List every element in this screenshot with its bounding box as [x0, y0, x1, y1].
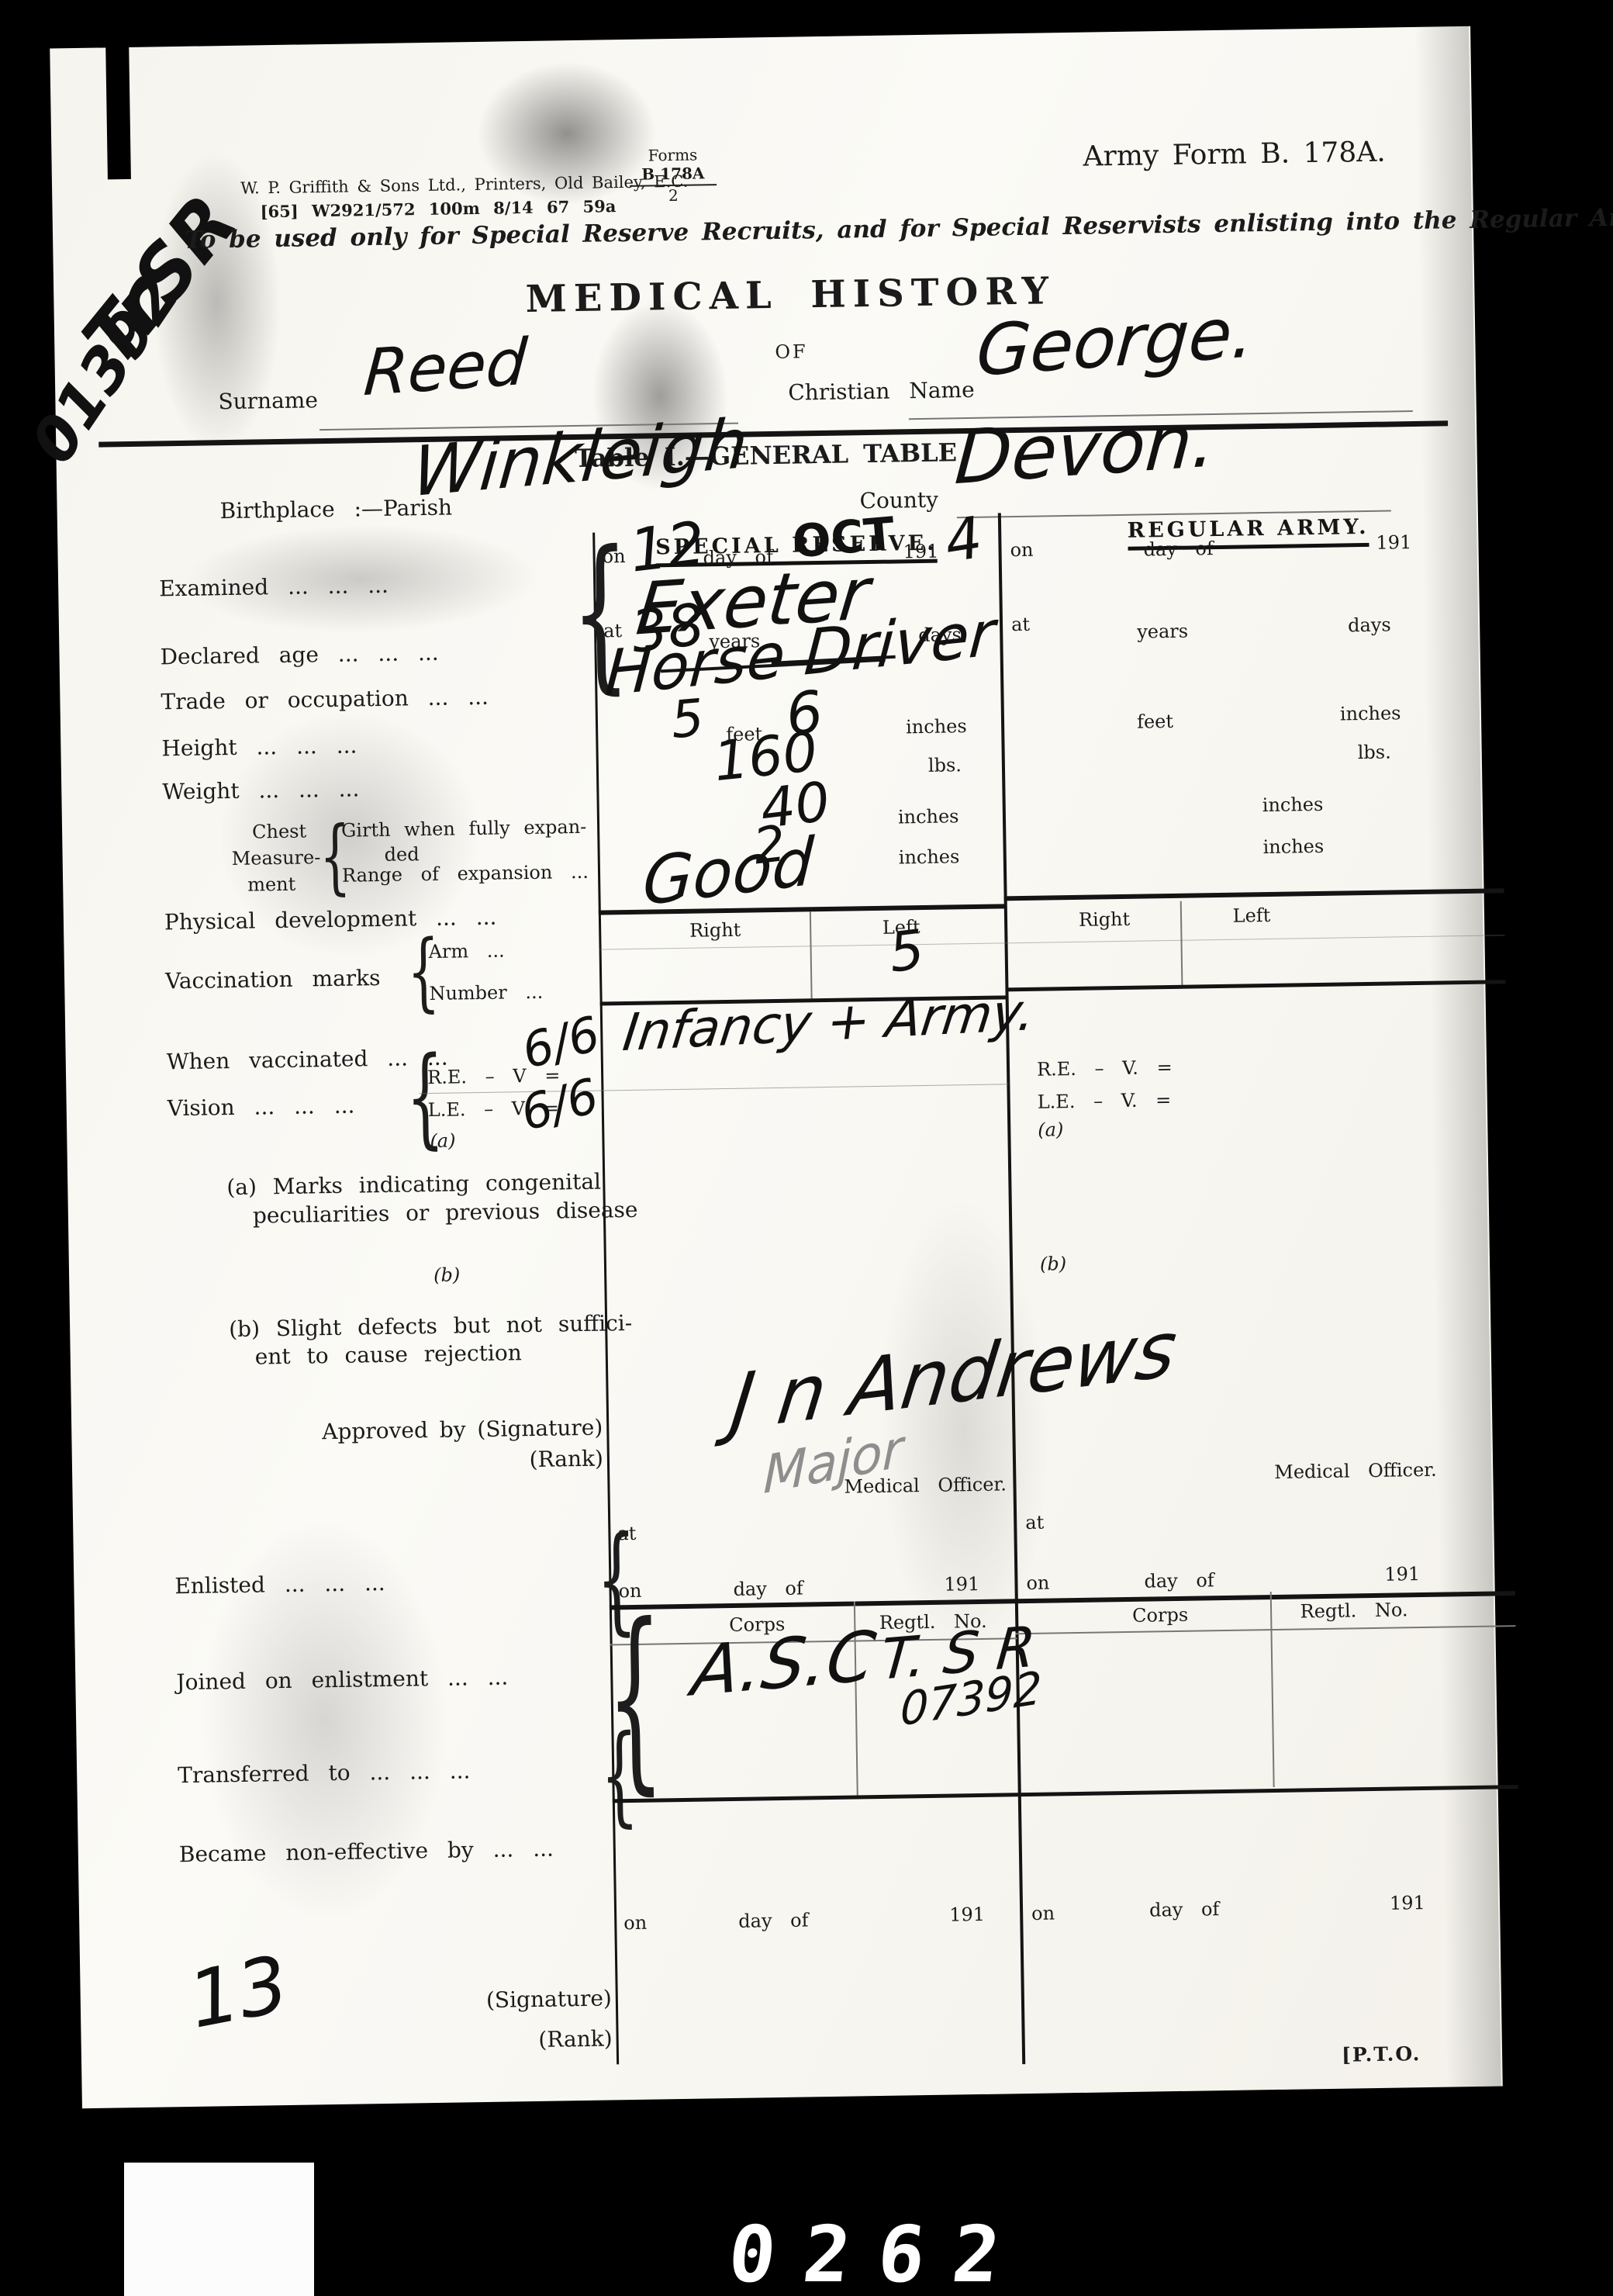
bottom-signature-label: (Signature): [240, 1985, 612, 2017]
ra-rightleft-divider: [1180, 901, 1183, 988]
chest-label-3: ment: [247, 873, 295, 896]
ra-le-v-label: L.E. – V. =: [1038, 1089, 1172, 1113]
surname-label: Surname: [218, 387, 318, 414]
rule-under-corps-headers-ra: [1015, 1625, 1515, 1634]
rule-rightleft-ra: [1004, 888, 1504, 901]
rule-below-corps-box: [613, 1785, 1518, 1803]
row-label-physical: Physical development ... ...: [164, 904, 497, 935]
frame-counter-display: 0262: [724, 2209, 1032, 2296]
approved-by-label: Approved by (Signature): [230, 1415, 603, 1447]
ra-a-marker: (a): [1038, 1119, 1063, 1141]
forms-reference-box: Forms B 178A 2: [629, 145, 717, 206]
ra-enlisted-at-word: at: [1025, 1512, 1044, 1534]
forms-box-line3: 2: [630, 185, 717, 206]
ra-weight-lbs-word: lbs.: [1357, 742, 1390, 764]
ra-noneff-191: 191: [1390, 1892, 1425, 1914]
sr-noneff-dayof-word: day of: [738, 1909, 809, 1931]
county-value: Devon.: [952, 404, 1218, 496]
christian-name-label: Christian Name: [788, 377, 975, 406]
ra-re-v-label: R.E. – V. =: [1037, 1056, 1173, 1081]
row-label-non-effective: Became non-effective by ... ...: [179, 1836, 554, 1868]
ra-examined-dayof-word: day of: [1143, 538, 1214, 560]
form-paper: TrSR 01392 W. P. Griffith & Sons Ltd., P…: [50, 26, 1502, 2108]
film-edge-bar: [105, 40, 131, 179]
sr-re-v-value: 6/6: [517, 1009, 604, 1076]
joined-corps-value: A.S.C: [689, 1622, 879, 1706]
ra-age-days-word: days: [1348, 614, 1391, 636]
white-corner-patch: [124, 2163, 314, 2296]
row-label-marks-a2: peculiarities or previous disease: [253, 1197, 638, 1229]
sr-noneff-191: 191: [949, 1904, 985, 1926]
forms-box-line2: B 178A: [630, 164, 717, 187]
row-label-examined: Examined ... ... ...: [159, 572, 389, 602]
printer-imprint-line1: W. P. Griffith & Sons Ltd., Printers, Ol…: [240, 172, 689, 198]
ra-regtl-header: Regtl. No.: [1288, 1599, 1420, 1623]
height-inches-word: inches: [906, 715, 967, 738]
scanned-document: TrSR 01392 W. P. Griffith & Sons Ltd., P…: [0, 0, 1613, 2296]
chest-girth-label-2: ded: [384, 843, 419, 866]
sr-enlisted-191: 191: [944, 1573, 979, 1596]
sr-b-marker: (b): [433, 1264, 461, 1286]
chest-girth-inches-word: inches: [898, 805, 959, 828]
chest-label-2: Measure-: [231, 846, 320, 870]
sr-a-marker: (a): [430, 1130, 455, 1153]
pto-label: [P.T.O.: [1342, 2042, 1421, 2066]
examined-191: 191: [903, 541, 938, 563]
page-mark-value: 13: [183, 1945, 295, 2040]
ra-examined-on-word: on: [1010, 539, 1033, 561]
rank-label: (Rank): [231, 1446, 603, 1478]
chest-label-1: Chest: [252, 820, 306, 842]
weight-lbs-word: lbs.: [928, 754, 962, 776]
row-label-transferred: Transferred to ... ... ...: [178, 1758, 471, 1788]
sr-enlisted-dayof-word: day of: [733, 1578, 803, 1600]
ra-corps-header: Corps: [1098, 1603, 1222, 1627]
ra-right-header: Right: [1042, 908, 1166, 932]
sr-rightleft-divider: [810, 911, 813, 998]
parish-value: Winkleigh: [410, 409, 751, 507]
ra-height-inches-word: inches: [1340, 702, 1401, 724]
ra-noneff-on-word: on: [1031, 1902, 1055, 1924]
christian-name-value: George.: [974, 298, 1256, 387]
corps-divider-ra: [1270, 1592, 1275, 1787]
row-label-trade: Trade or occupation ... ...: [161, 684, 489, 715]
row-label-height: Height ... ... ...: [161, 732, 357, 761]
surname-value: Reed: [362, 330, 529, 406]
vaccination-number-label: Number ...: [429, 981, 543, 1004]
examined-on-word: on: [602, 545, 625, 567]
printer-imprint-line2: [65] W2921/572 100m 8/14 67 59a: [260, 196, 616, 221]
table-vline-middle: [998, 513, 1025, 2064]
bottom-rank-label: (Rank): [240, 2025, 612, 2057]
ra-age-years-word: years: [1137, 621, 1188, 643]
column-head-regular-army: REGULAR ARMY.: [998, 513, 1499, 552]
physical-value: Good: [641, 828, 815, 915]
row-label-defects-b2: ent to cause rejection: [255, 1340, 522, 1369]
chest-girth-label-1: Girth when fully expan-: [341, 816, 587, 842]
ra-b-marker: (b): [1040, 1253, 1067, 1275]
sr-right-header: Right: [653, 918, 777, 942]
chest-range-inches-word: inches: [899, 845, 960, 868]
ra-left-header: Left: [1190, 904, 1314, 928]
sr-medical-officer-label: Medical Officer.: [844, 1473, 1007, 1497]
ra-chest-range-inches-word: inches: [1262, 835, 1324, 858]
ra-examined-191: 191: [1376, 531, 1411, 554]
row-label-enlisted: Enlisted ... ... ...: [174, 1570, 385, 1599]
ra-height-feet-word: feet: [1137, 711, 1173, 733]
examined-year-digit: 4: [941, 509, 986, 571]
row-label-joined: Joined on enlistment ... ...: [176, 1665, 508, 1696]
brace-transferred: {: [599, 1721, 639, 1831]
vaccination-arm-label: Arm ...: [428, 939, 505, 963]
ra-examined-at-word: at: [1011, 614, 1030, 635]
ra-chest-girth-inches-word: inches: [1262, 794, 1324, 816]
ra-enlisted-191: 191: [1384, 1563, 1420, 1585]
ra-enlisted-dayof-word: day of: [1144, 1569, 1214, 1592]
ra-noneff-dayof-word: day of: [1149, 1898, 1220, 1921]
sr-noneff-on-word: on: [623, 1912, 647, 1934]
forms-box-line1: Forms: [629, 145, 716, 165]
row-label-weight: Weight ... ... ...: [162, 776, 360, 804]
approving-signature-value: J n Andrews: [727, 1311, 1181, 1442]
when-vaccinated-value: Infancy + Army.: [620, 987, 1038, 1059]
ra-enlisted-on-word: on: [1026, 1572, 1049, 1594]
row-label-declared-age: Declared age ... ... ...: [160, 640, 439, 670]
form-number: Army Form B. 178A.: [1083, 137, 1386, 173]
row-label-marks-a1: (a) Marks indicating congenital: [226, 1169, 601, 1201]
row-label-vision: Vision ... ... ...: [167, 1093, 354, 1122]
height-feet-value: 5: [669, 693, 706, 746]
row-label-defects-b1: (b) Slight defects but not suffici-: [229, 1310, 632, 1342]
page-edge-shadow: [1414, 26, 1501, 2087]
rule-below-vaccination-ra: [1005, 980, 1505, 991]
ra-medical-officer-label: Medical Officer.: [1274, 1459, 1437, 1483]
row-label-vaccination: Vaccination marks: [165, 965, 381, 994]
chest-range-label: Range of expansion ...: [342, 861, 589, 887]
vaccination-number-value: 5: [886, 922, 927, 980]
